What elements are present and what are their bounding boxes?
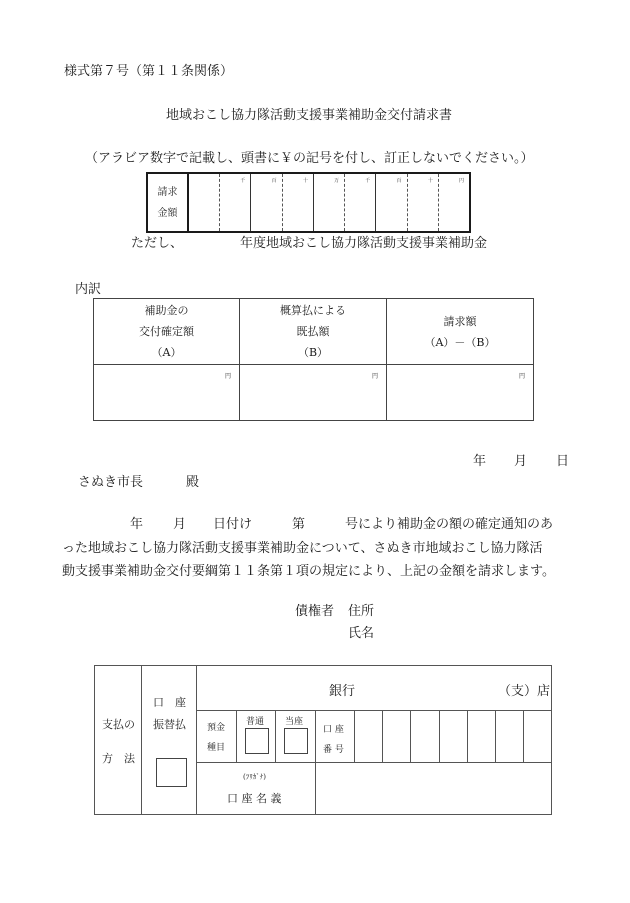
yen-unit-label: 円	[519, 371, 525, 380]
digit-unit-label: 千	[365, 177, 370, 184]
claim-amount-box: 請求 金額 千 百 十 万 千 百 十 円	[146, 172, 471, 233]
header-line: （A）	[152, 342, 182, 363]
breakdown-table: 補助金の 交付確定額 （A） 概算払による 既払額 （B） 請求額 （A）－（B…	[93, 298, 534, 421]
amount-digit-cell[interactable]: 千	[345, 174, 376, 231]
document-title: 地域おこし協力隊活動支援事業補助金交付請求書	[166, 108, 452, 124]
proviso-prefix: ただし、	[131, 236, 183, 252]
current-label: 当座	[285, 714, 303, 727]
header-line: （A）－（B）	[424, 332, 495, 353]
header-line: 概算払による	[280, 300, 346, 321]
digit-unit-label: 十	[303, 177, 308, 184]
addressee-honorific: 殿	[186, 475, 199, 491]
account-number-field[interactable]	[355, 710, 551, 761]
account-number-label-line2: 番 号	[323, 742, 344, 755]
header-line: 交付確定額	[139, 321, 194, 342]
header-line: 既払額	[297, 321, 330, 342]
date-year-label: 年	[473, 454, 486, 470]
confirmed-amount-field[interactable]: 円	[94, 365, 240, 420]
ordinary-label: 普通	[246, 714, 264, 727]
breakdown-header-claim-amount: 請求額 （A）－（B）	[387, 299, 533, 365]
body-line1-rest: 号により補助金の額の確定通知のあ	[345, 517, 553, 533]
account-holder-label: 口 座 名 義	[227, 790, 282, 806]
body-line2: った地域おこし協力隊活動支援事業補助金について、さぬき市地域おこし協力隊活	[62, 541, 542, 557]
current-checkbox[interactable]	[284, 728, 308, 754]
account-number-label-line1: 口 座	[323, 722, 344, 735]
breakdown-heading: 内訳	[75, 282, 101, 298]
body-year-label: 年	[130, 517, 143, 533]
digit-unit-label: 万	[334, 177, 339, 184]
yen-unit-label: 円	[225, 371, 231, 380]
digit-unit-label: 百	[397, 177, 402, 184]
form-number: 様式第７号（第１１条関係）	[64, 64, 233, 80]
digit-unit-label: 円	[459, 177, 464, 184]
deposit-type-label-line1: 預金	[207, 720, 225, 733]
amount-digit-cell[interactable]: 十	[408, 174, 439, 231]
digit-unit-label: 千	[240, 177, 245, 184]
claimant-name-label: 氏名	[348, 626, 374, 642]
claimant-name-field[interactable]	[400, 618, 550, 636]
breakdown-header-confirmed-amount: 補助金の 交付確定額 （A）	[94, 299, 240, 365]
bank-name-field[interactable]	[196, 666, 396, 709]
account-transfer-checkbox[interactable]	[156, 758, 187, 787]
amount-digit-cell[interactable]	[189, 174, 220, 231]
claim-amount-label-line1: 請求	[158, 182, 178, 203]
breakdown-header-paid-amount: 概算払による 既払額 （B）	[240, 299, 387, 365]
claim-amount-field[interactable]: 円	[387, 365, 533, 420]
amount-digit-cell[interactable]: 十	[283, 174, 314, 231]
amount-digit-cell[interactable]: 百	[251, 174, 282, 231]
account-transfer-label-line2: 振替払	[153, 716, 186, 732]
claim-amount-label-line2: 金額	[158, 203, 178, 224]
yen-unit-label: 円	[372, 371, 378, 380]
claim-amount-label: 請求 金額	[148, 174, 189, 231]
deposit-type-label-line2: 種目	[207, 740, 225, 753]
branch-suffix: （支）店	[498, 680, 550, 699]
body-line3: 動支援事業補助金交付要綱第１１条第１項の規定により、上記の金額を請求します。	[62, 564, 555, 580]
header-line: 補助金の	[145, 300, 189, 321]
payment-method-label-line2: 方 法	[102, 750, 135, 766]
payment-method-label-line1: 支払の	[102, 716, 135, 732]
addressee-name: さぬき市長	[78, 475, 143, 491]
body-month-label: 月	[173, 517, 186, 533]
date-day-label: 日	[556, 454, 569, 470]
furigana-label: (ﾌﾘｶﾞﾅ)	[243, 772, 266, 782]
amount-digit-cell[interactable]: 円	[439, 174, 469, 231]
proviso-text: 年度地域おこし協力隊活動支援事業補助金	[240, 236, 487, 252]
account-holder-field[interactable]	[315, 762, 551, 813]
paid-amount-field[interactable]: 円	[240, 365, 387, 420]
amount-digit-cell[interactable]: 千	[220, 174, 251, 231]
header-line: 請求額	[444, 311, 477, 332]
amount-digit-cell[interactable]: 万	[314, 174, 345, 231]
header-line: （B）	[298, 342, 328, 363]
claimant-role: 債権者	[295, 604, 334, 620]
branch-name-field[interactable]	[400, 666, 490, 709]
body-day-label: 日付け	[213, 517, 252, 533]
ordinary-checkbox[interactable]	[245, 728, 269, 754]
amount-digit-cell[interactable]: 百	[376, 174, 407, 231]
digit-unit-label: 十	[428, 177, 433, 184]
date-month-label: 月	[514, 454, 527, 470]
digit-unit-label: 百	[272, 177, 277, 184]
account-transfer-label-line1: 口 座	[153, 694, 186, 710]
claimant-address-field[interactable]	[400, 596, 550, 614]
instruction-text: （アラビア数字で記載し、頭書に￥の記号を付し、訂正しないでください。）	[85, 151, 534, 167]
claimant-address-label: 住所	[348, 604, 374, 620]
body-number-prefix: 第	[292, 517, 305, 533]
